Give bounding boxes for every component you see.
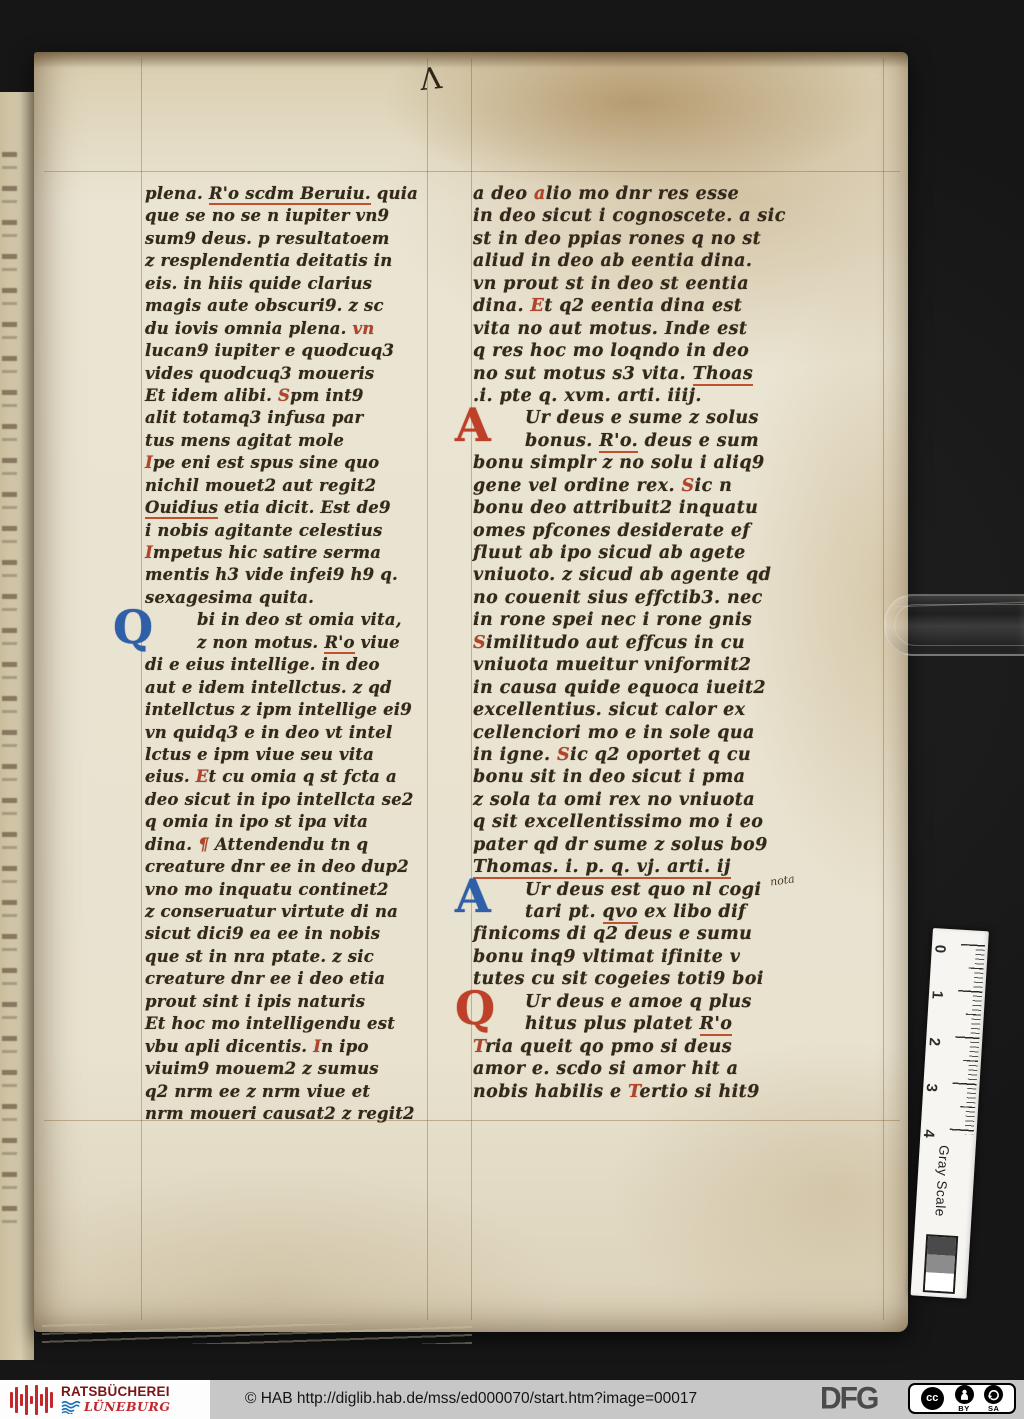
cc-by-icon: BY bbox=[955, 1385, 974, 1413]
manuscript-text-line: no couenit sius effctib3. nec bbox=[473, 587, 881, 609]
manuscript-text-line: sum9 deus. p resultatoem bbox=[145, 228, 433, 250]
manuscript-text-line: Ur deus e amoe q plus bbox=[473, 991, 881, 1013]
manuscript-text-line: lctus e ipm viue seu vita bbox=[145, 744, 433, 766]
attribution-footer: RATSBÜCHEREI LÜNEBURG © HAB http://digli… bbox=[0, 1380, 1024, 1419]
manuscript-text-line: in deo sicut i cognoscete. a sic bbox=[473, 205, 881, 227]
manuscript-text-line: bonu inq9 vltimat ifinite v bbox=[473, 946, 881, 968]
manuscript-text-line: deo sicut in ipo intellcta se2 bbox=[145, 789, 433, 811]
manuscript-text-line: prout sint i ipis naturis bbox=[145, 991, 433, 1013]
manuscript-text-line: aut e idem intellctus. z qd bbox=[145, 677, 433, 699]
manuscript-text-line: vniuota mueitur vniformit2 bbox=[473, 654, 881, 676]
manuscript-text-line: omes pfcones desiderate ef bbox=[473, 520, 881, 542]
manuscript-text-line: vn quidq3 e in deo vt intel bbox=[145, 722, 433, 744]
manuscript-text-line: z non motus. R'o viue bbox=[145, 632, 433, 654]
previous-page-edge bbox=[0, 92, 34, 1360]
gray-scale-cell bbox=[927, 1236, 956, 1256]
gray-scale-ruler: 01234 Gray Scale bbox=[911, 928, 989, 1299]
ruling-line-vertical bbox=[141, 58, 142, 1320]
manuscript-text-line: q res hoc mo loqndo in deo bbox=[473, 340, 881, 362]
manuscript-text-line: in rone spei nec i rone gnis bbox=[473, 609, 881, 631]
manuscript-text-line: bi in deo st omia vita, bbox=[145, 609, 433, 631]
manuscript-text-line: cellenciori mo e in sole qua bbox=[473, 722, 881, 744]
manuscript-text-line: vniuoto. z sicud ab agente qd bbox=[473, 564, 881, 586]
manuscript-text-line: Similitudo aut effcus in cu bbox=[473, 632, 881, 654]
manuscript-text-line: creature dnr ee in deo dup2 bbox=[145, 856, 433, 878]
ruling-line-horizontal bbox=[44, 171, 900, 172]
manuscript-text-line: q sit excellentissimo mo i eo bbox=[473, 811, 881, 833]
manuscript-text-line: dina. ¶ Attendendu tn q bbox=[145, 834, 433, 856]
manuscript-text-line: finicoms di q2 deus e sumu bbox=[473, 923, 881, 945]
cc-license-badge: cc BY SA bbox=[908, 1383, 1016, 1414]
manuscript-text-line: plena. R'o scdm Beruiu. quia bbox=[145, 183, 433, 205]
manuscript-text-line: Ur deus est quo nl cogi bbox=[473, 879, 881, 901]
manuscript-text-line: Et hoc mo intelligendu est bbox=[145, 1013, 433, 1035]
gray-scale-cell bbox=[926, 1254, 955, 1274]
manuscript-text-line: alit totamq3 infusa par bbox=[145, 407, 433, 429]
illuminated-initial: Q bbox=[455, 987, 495, 1029]
gray-scale-cell bbox=[925, 1272, 954, 1292]
dfg-logo: DFG bbox=[820, 1381, 877, 1417]
ruling-line-vertical bbox=[471, 58, 472, 1320]
left-column: plena. R'o scdm Beruiu. quiaque se no se… bbox=[145, 183, 433, 1125]
manuscript-text-line: no sut motus s3 vita. Thoas bbox=[473, 363, 881, 385]
ruler-number: 1 bbox=[928, 990, 945, 999]
photo-background: Λ nota plena. R'o scdm Beruiu. quiaque s… bbox=[0, 0, 1024, 1419]
manuscript-text-line: .i. pte q. xvm. arti. iiij. bbox=[473, 385, 881, 407]
manuscript-text-line: bonus. R'o. deus e sum bbox=[473, 430, 881, 452]
manuscript-text-line: vides quodcuq3 moueris bbox=[145, 363, 433, 385]
manuscript-text-line: nichil mouet2 aut regit2 bbox=[145, 475, 433, 497]
manuscript-text-line: i nobis agitante celestius bbox=[145, 520, 433, 542]
ratsbuecherei-logo: RATSBÜCHEREI LÜNEBURG bbox=[10, 1383, 171, 1416]
manuscript-text-line: q2 nrm ee z nrm viue et bbox=[145, 1081, 433, 1103]
manuscript-text-line: bonu deo attribuit2 inquatu bbox=[473, 497, 881, 519]
manuscript-text-line: aliud in deo ab eentia dina. bbox=[473, 250, 881, 272]
library-city: LÜNEBURG bbox=[84, 1401, 171, 1414]
manuscript-text-line: vita no aut motus. Inde est bbox=[473, 318, 881, 340]
manuscript-text-line: z resplendentia deitatis in bbox=[145, 250, 433, 272]
manuscript-text-line: Impetus hic satire serma bbox=[145, 542, 433, 564]
library-name: RATSBÜCHEREI bbox=[61, 1385, 171, 1399]
manuscript-text-line: bonu sit in deo sicut i pma bbox=[473, 766, 881, 788]
manuscript-text-line: que se no se n iupiter vn9 bbox=[145, 205, 433, 227]
illuminated-initial: A bbox=[455, 875, 491, 917]
manuscript-text-line: fluut ab ipo sicud ab agete bbox=[473, 542, 881, 564]
manuscript-text-line: sicut dici9 ea ee in nobis bbox=[145, 923, 433, 945]
manuscript-text-line: que st in nra ptate. z sic bbox=[145, 946, 433, 968]
ruler-ticks bbox=[949, 944, 985, 1135]
gray-scale-patch bbox=[923, 1234, 958, 1294]
manuscript-text-line: q omia in ipo st ipa vita bbox=[145, 811, 433, 833]
manuscript-text-line: in igne. Sic q2 oportet q cu bbox=[473, 744, 881, 766]
manuscript-text-line: vn prout st in deo st eentia bbox=[473, 273, 881, 295]
ruler-numbers: 01234 bbox=[933, 928, 989, 931]
manuscript-text-line: nobis habilis e Tertio si hit9 bbox=[473, 1081, 881, 1103]
cc-sa-icon: SA bbox=[984, 1385, 1003, 1413]
glass-rod bbox=[884, 594, 1024, 656]
manuscript-text-line: pater qd dr sume z solus bo9 bbox=[473, 834, 881, 856]
manuscript-text-line: Et idem alibi. Spm int9 bbox=[145, 385, 433, 407]
ruler-number: 0 bbox=[931, 944, 948, 953]
manuscript-text-line: excellentius. sicut calor ex bbox=[473, 699, 881, 721]
ruler-number: 2 bbox=[926, 1037, 943, 1046]
manuscript-text-line: amor e. scdo si amor hit a bbox=[473, 1058, 881, 1080]
manuscript-text-line: creature dnr ee i deo etia bbox=[145, 968, 433, 990]
gray-scale-label: Gray Scale bbox=[932, 1145, 951, 1218]
manuscript-text-line: intellctus z ipm intellige ei9 bbox=[145, 699, 433, 721]
ruler-number: 4 bbox=[920, 1129, 937, 1138]
waves-icon bbox=[61, 1400, 81, 1414]
previous-page-text-bleed bbox=[2, 152, 17, 1232]
manuscript-text-line: mentis h3 vide infei9 h9 q. bbox=[145, 564, 433, 586]
manuscript-text-line: dina. Et q2 eentia dina est bbox=[473, 295, 881, 317]
ruling-line-vertical bbox=[883, 58, 884, 1320]
caret-annotation-mark: Λ bbox=[418, 61, 443, 98]
ratsbuecherei-logo-icon bbox=[10, 1383, 53, 1416]
manuscript-text-line: eis. in hiis quide clarius bbox=[145, 273, 433, 295]
manuscript-text-line: z conseruatur virtute di na bbox=[145, 901, 433, 923]
ruler-number: 3 bbox=[923, 1083, 940, 1092]
illuminated-initial: A bbox=[455, 404, 491, 446]
manuscript-text-line: sexagesima quita. bbox=[145, 587, 433, 609]
right-column: a deo alio mo dnr res essein deo sicut i… bbox=[473, 183, 881, 1103]
manuscript-text-line: vbu apli dicentis. In ipo bbox=[145, 1036, 433, 1058]
illuminated-initial: Q bbox=[113, 606, 153, 648]
manuscript-text-line: Tria queit qo pmo si deus bbox=[473, 1036, 881, 1058]
cc-icon: cc bbox=[921, 1387, 944, 1410]
manuscript-text-line: nrm moueri causat2 z regit2 bbox=[145, 1103, 433, 1125]
manuscript-text-line: bonu simplr z no solu i aliq9 bbox=[473, 452, 881, 474]
manuscript-text-line: lucan9 iupiter e quodcuq3 bbox=[145, 340, 433, 362]
manuscript-text-line: eius. Et cu omia q st fcta a bbox=[145, 766, 433, 788]
manuscript-text-line: magis aute obscuri9. z sc bbox=[145, 295, 433, 317]
manuscript-text-line: gene vel ordine rex. Sic n bbox=[473, 475, 881, 497]
manuscript-text-line: du iovis omnia plena. vn bbox=[145, 318, 433, 340]
manuscript-text-line: Ipe eni est spus sine quo bbox=[145, 452, 433, 474]
manuscript-text-line: viuim9 mouem2 z sumus bbox=[145, 1058, 433, 1080]
manuscript-text-line: z sola ta omi rex no vniuota bbox=[473, 789, 881, 811]
page-stack-edges bbox=[42, 1324, 472, 1344]
manuscript-text-line: di e eius intellige. in deo bbox=[145, 654, 433, 676]
manuscript-text-line: tari pt. qvo ex libo dif bbox=[473, 901, 881, 923]
manuscript-text-line: hitus plus platet R'o bbox=[473, 1013, 881, 1035]
manuscript-text-line: tutes cu sit cogeies toti9 boi bbox=[473, 968, 881, 990]
manuscript-text-line: in causa quide equoca iueit2 bbox=[473, 677, 881, 699]
manuscript-text-line: vno mo inquatu continet2 bbox=[145, 879, 433, 901]
manuscript-text-line: Ouidius etia dicit. Est de9 bbox=[145, 497, 433, 519]
manuscript-text-line: a deo alio mo dnr res esse bbox=[473, 183, 881, 205]
manuscript-text-line: st in deo ppias rones q no st bbox=[473, 228, 881, 250]
manuscript-text-line: Thomas. i. p. q. vj. arti. ij bbox=[473, 856, 881, 878]
manuscript-text-line: tus mens agitat mole bbox=[145, 430, 433, 452]
manuscript-text-line: Ur deus e sume z solus bbox=[473, 407, 881, 429]
attribution-text: © HAB http://diglib.hab.de/mss/ed000070/… bbox=[245, 1390, 697, 1408]
